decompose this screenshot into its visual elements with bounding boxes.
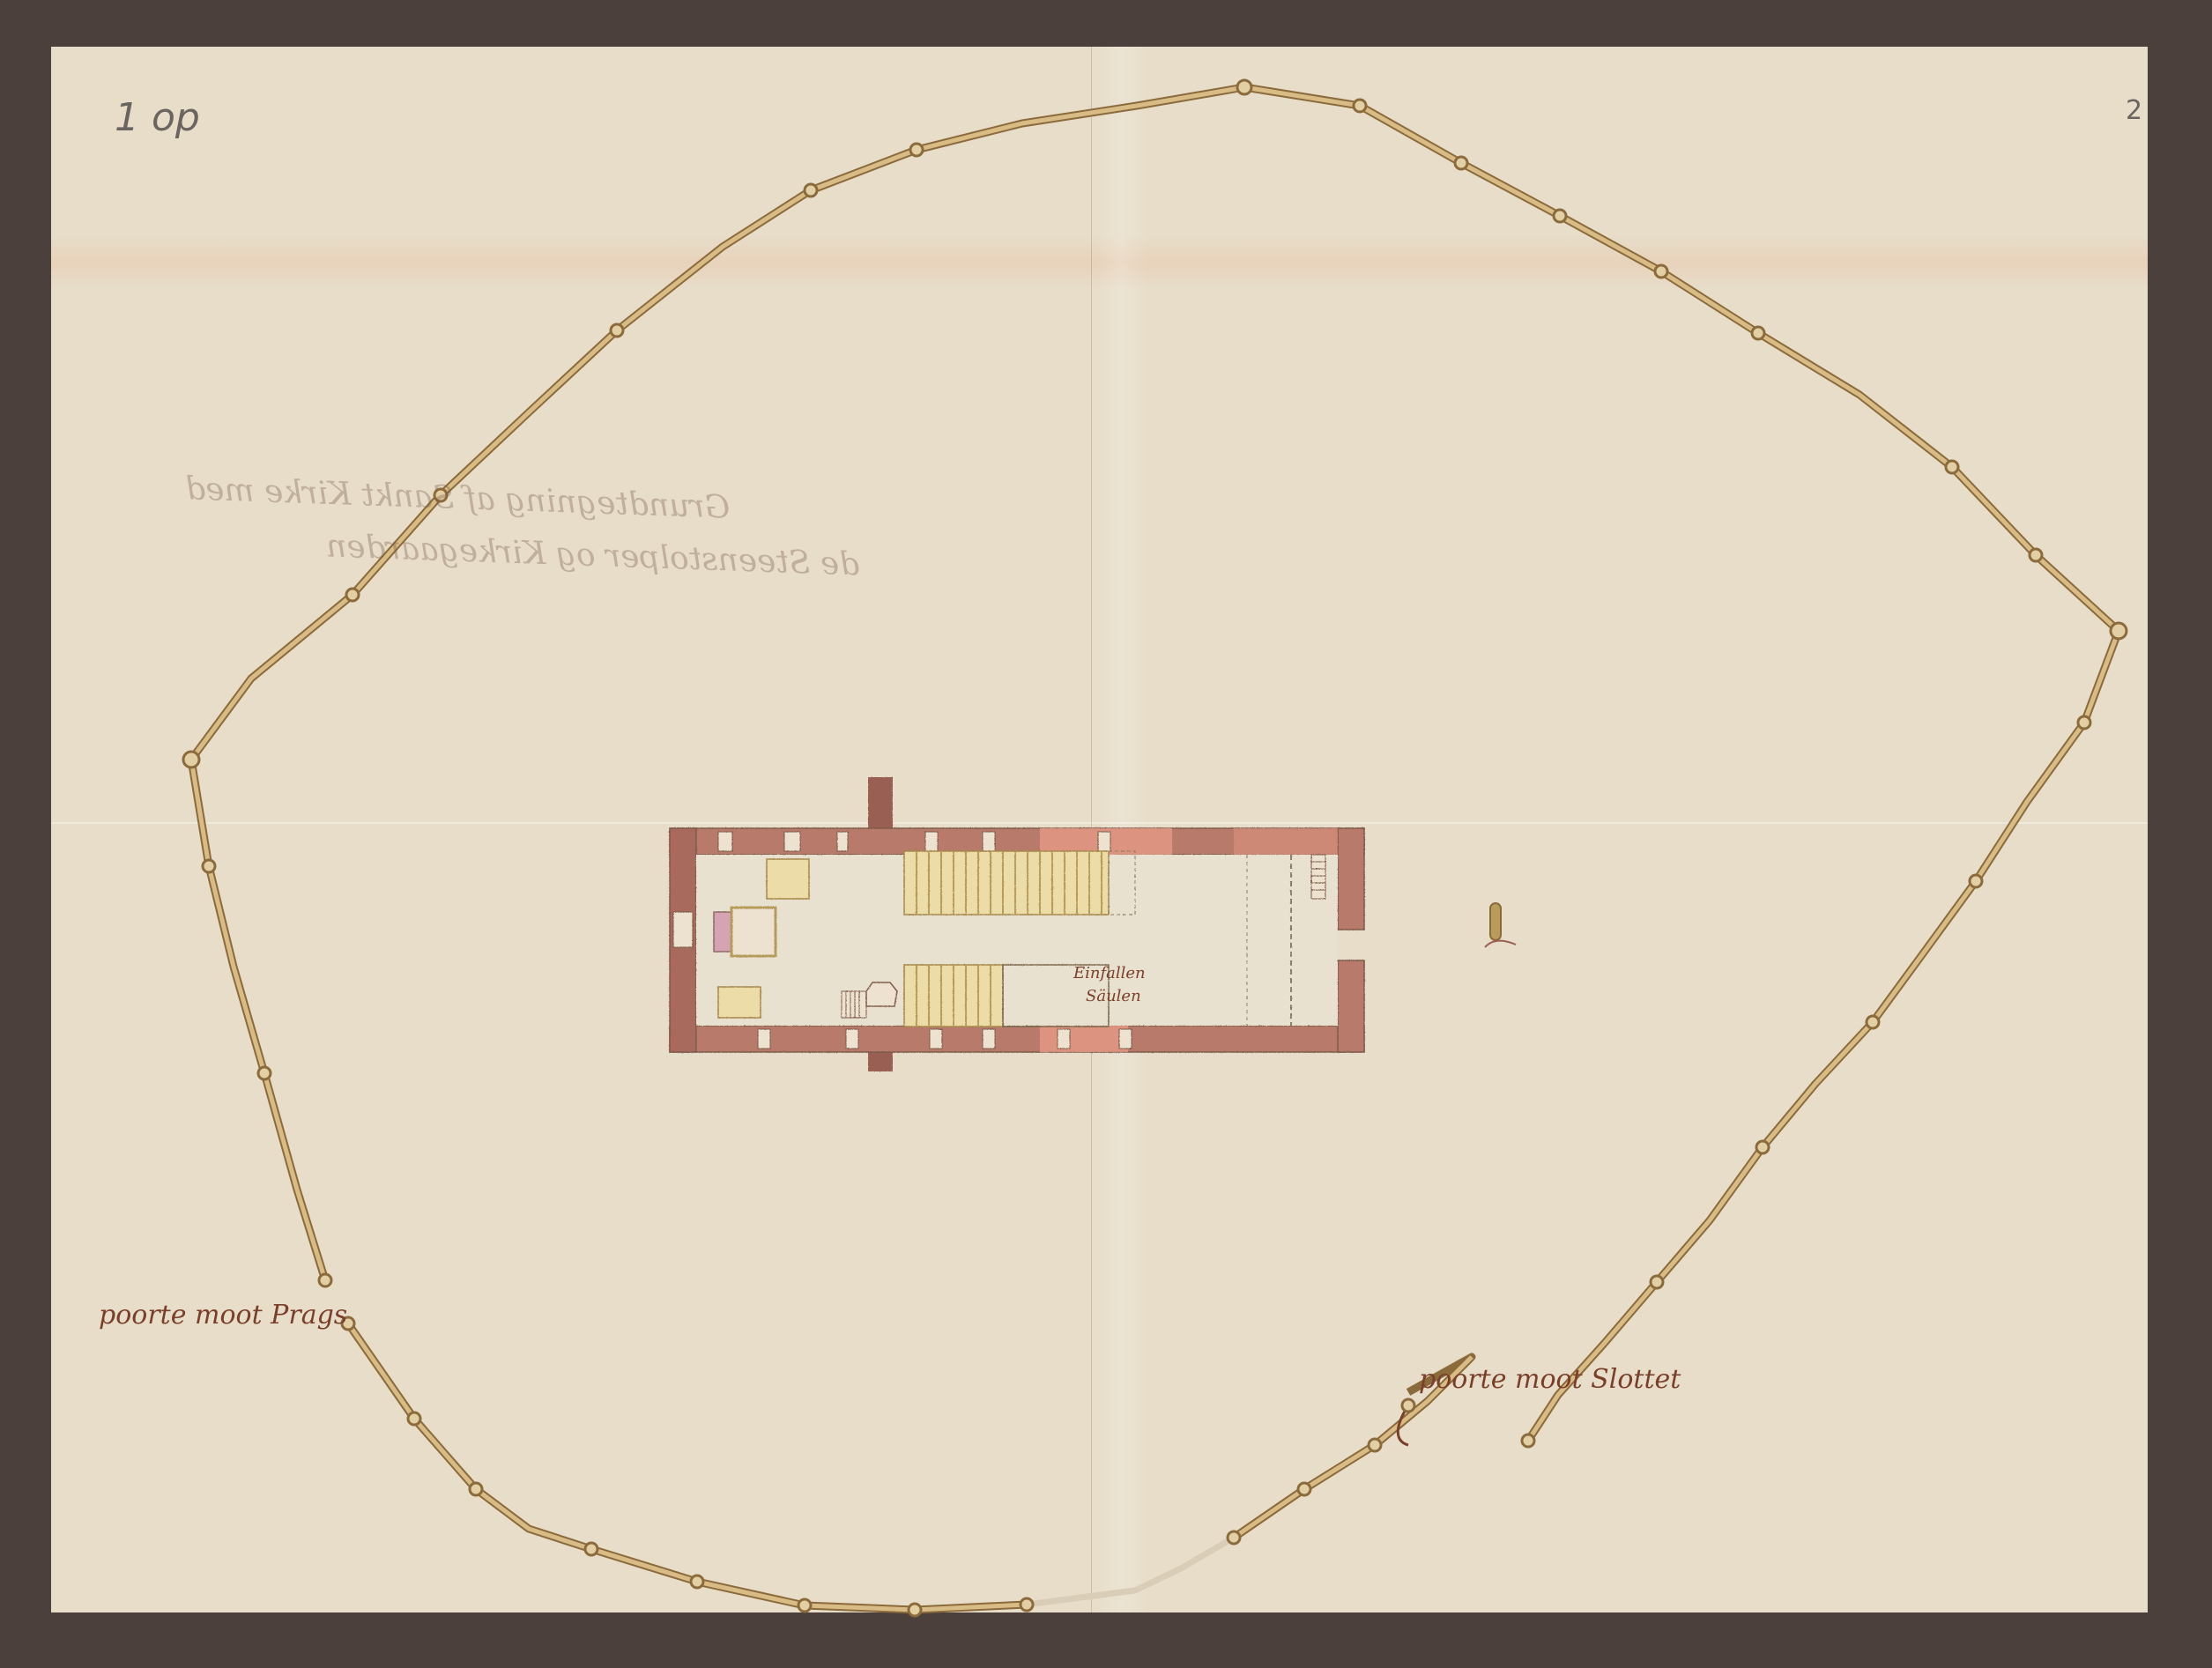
pews-north bbox=[904, 851, 1109, 915]
fence-main bbox=[191, 87, 2119, 1441]
pulpit-stair bbox=[842, 991, 866, 1018]
wall-south bbox=[670, 1026, 1364, 1052]
gate-label-left: poorte moot Prags bbox=[99, 1300, 347, 1331]
fence-south bbox=[348, 1323, 1027, 1610]
church-plan bbox=[670, 777, 1364, 1071]
plan-label-line2: Säulen bbox=[1086, 987, 1141, 1005]
gate-label-right: poorte moot Slottet bbox=[1419, 1364, 1681, 1395]
pulpit bbox=[866, 982, 897, 1006]
chancel-pew-south bbox=[718, 987, 761, 1018]
chancel-pew-north bbox=[767, 859, 809, 899]
wall-east-top bbox=[1338, 828, 1364, 930]
page-number: 2 bbox=[2126, 95, 2142, 126]
plan-label-line1: Einfallen bbox=[1073, 964, 1146, 982]
fence-south-faded bbox=[1027, 1538, 1234, 1605]
altar-rail bbox=[731, 908, 776, 956]
altar bbox=[714, 912, 731, 952]
folio-mark: 1 op bbox=[115, 95, 200, 140]
wall-east-bottom bbox=[1338, 960, 1364, 1052]
post-marker bbox=[1485, 903, 1516, 947]
drawing-canvas bbox=[0, 0, 2212, 1668]
